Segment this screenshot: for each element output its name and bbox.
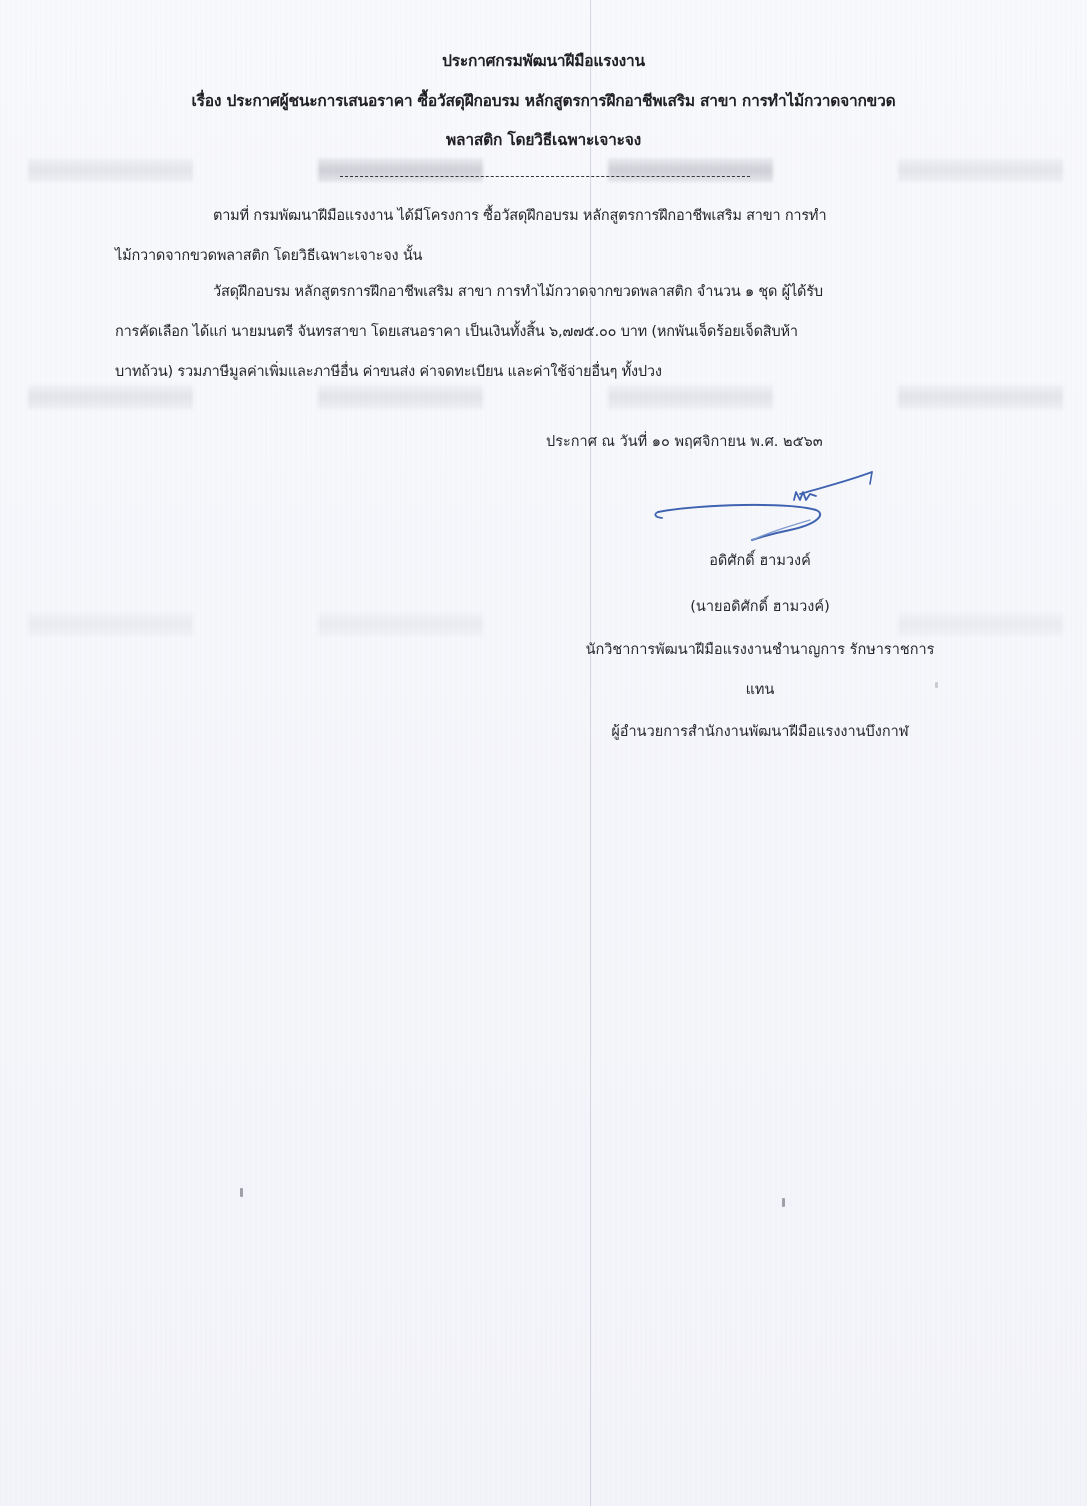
paragraph2-line2: การคัดเลือก ได้แก่ นายมนตรี จันทรสาขา โด… bbox=[115, 324, 798, 340]
signatory-name: อดิศักดิ์ ฮามวงค์ bbox=[520, 549, 1000, 572]
bleed-smudge bbox=[318, 385, 483, 409]
bleed-through-row bbox=[0, 385, 1087, 415]
paragraph-intro: ตามที่ กรมพัฒนาฝีมือแรงงาน ได้มีโครงการ … bbox=[115, 196, 975, 276]
scan-speck bbox=[782, 1198, 785, 1207]
header-rule bbox=[340, 176, 750, 177]
bleed-smudge bbox=[28, 158, 193, 182]
paragraph2-line3: บาทถ้วน) รวมภาษีมูลค่าเพิ่มและภาษีอื่น ค… bbox=[115, 364, 662, 380]
signatory-office: ผู้อำนวยการสำนักงานพัฒนาฝีมือแรงงานบึงกา… bbox=[530, 720, 990, 743]
bleed-smudge bbox=[28, 612, 193, 636]
issuer-title: ประกาศกรมพัฒนาฝีมือแรงงาน bbox=[0, 48, 1087, 73]
announcement-date: ประกาศ ณ วันที่ ๑๐ พฤศจิกายน พ.ศ. ๒๕๖๓ bbox=[546, 430, 823, 453]
scan-speck bbox=[935, 682, 938, 688]
paragraph-award: วัสดุฝึกอบรม หลักสูตรการฝึกอาชีพเสริม สา… bbox=[115, 272, 975, 392]
bleed-smudge bbox=[898, 158, 1063, 182]
bleed-smudge bbox=[898, 612, 1063, 636]
paragraph1-line2: ไม้กวาดจากขวดพลาสติก โดยวิธีเฉพาะเจาะจง … bbox=[115, 248, 422, 264]
subject-line-1: เรื่อง ประกาศผู้ชนะการเสนอราคา ซื้อวัสดุ… bbox=[0, 88, 1087, 113]
signature-icon bbox=[640, 462, 880, 542]
bleed-through-row bbox=[0, 158, 1087, 188]
document-page: ประกาศกรมพัฒนาฝีมือแรงงาน เรื่อง ประกาศผ… bbox=[0, 0, 1087, 1506]
paragraph1-line1: ตามที่ กรมพัฒนาฝีมือแรงงาน ได้มีโครงการ … bbox=[213, 208, 826, 224]
on-behalf-label: แทน bbox=[520, 678, 1000, 701]
bleed-smudge bbox=[608, 158, 773, 182]
scan-speck bbox=[240, 1188, 243, 1197]
signatory-position: นักวิชาการพัฒนาฝีมือแรงงานชำนาญการ รักษา… bbox=[530, 638, 990, 661]
bleed-smudge bbox=[318, 158, 483, 182]
subject-line-2: พลาสติก โดยวิธีเฉพาะเจาะจง bbox=[0, 127, 1087, 152]
bleed-smudge bbox=[898, 385, 1063, 409]
bleed-smudge bbox=[608, 385, 773, 409]
paragraph2-line1: วัสดุฝึกอบรม หลักสูตรการฝึกอาชีพเสริม สา… bbox=[213, 284, 823, 300]
bleed-smudge bbox=[28, 385, 193, 409]
bleed-smudge bbox=[318, 612, 483, 636]
